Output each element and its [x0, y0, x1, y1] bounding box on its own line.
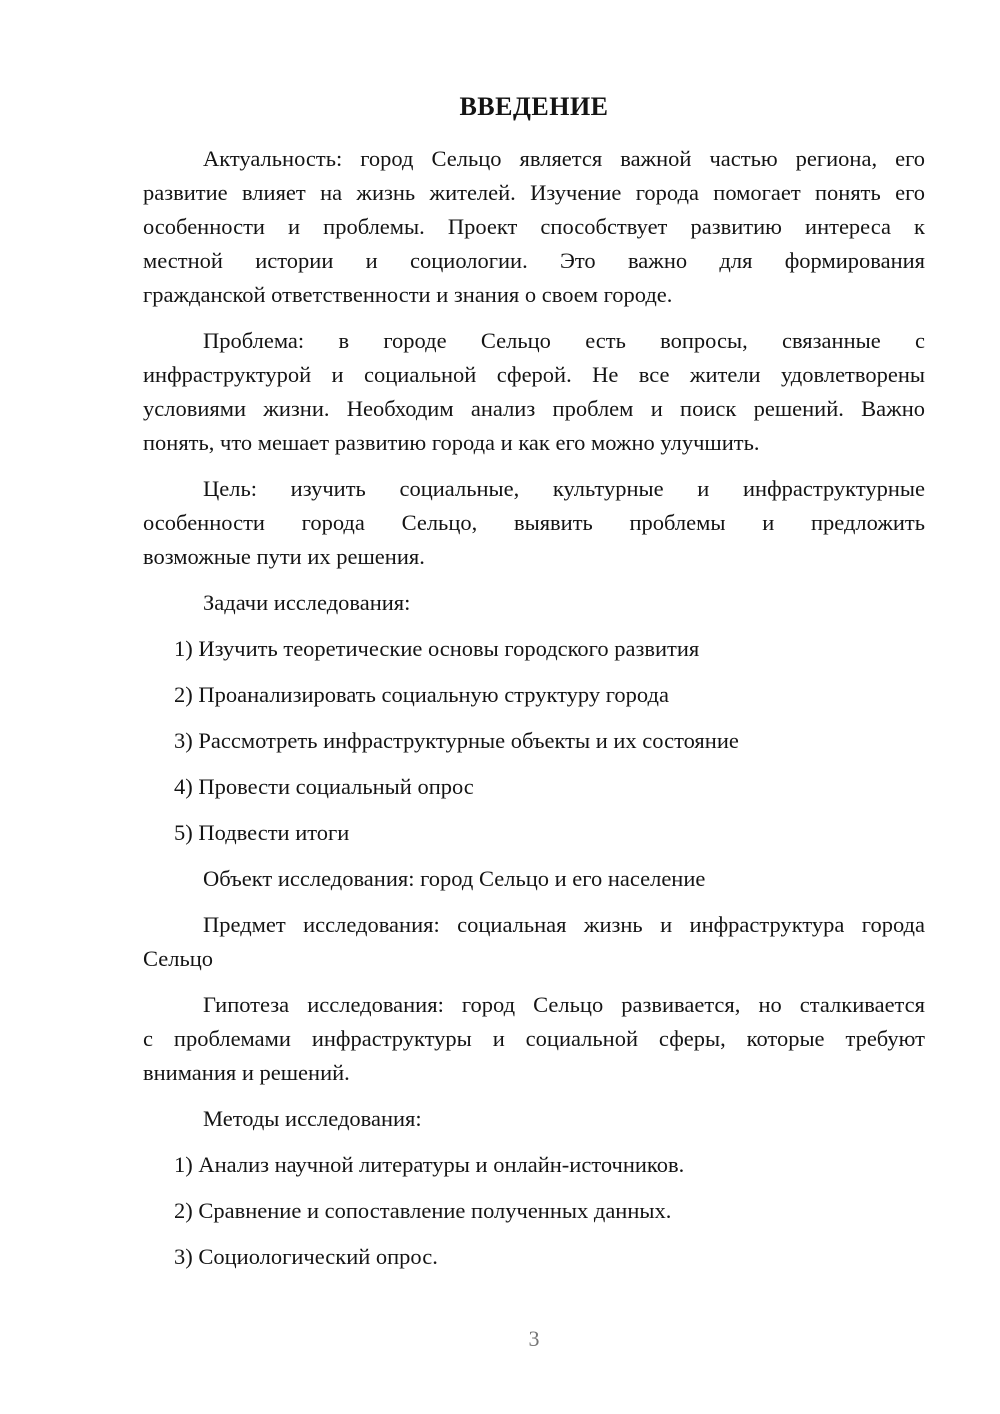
methods-heading: Методы исследования:	[143, 1102, 925, 1136]
text-line: Актуальность: город Сельцо является важн…	[143, 142, 925, 176]
paragraph-hypothesis: Гипотеза исследования: город Сельцо разв…	[143, 988, 925, 1090]
text-line: понять, что мешает развитию города и как…	[143, 426, 925, 460]
methods-list: 1) Анализ научной литературы и онлайн-ис…	[143, 1148, 925, 1274]
paragraph-goal: Цель: изучить социальные, культурные и и…	[143, 472, 925, 574]
document-title: ВВЕДЕНИЕ	[143, 90, 925, 124]
task-item: 1) Изучить теоретические основы городско…	[143, 632, 925, 666]
paragraph-actuality: Актуальность: город Сельцо является важн…	[143, 142, 925, 312]
paragraph-problem: Проблема: в городе Сельцо есть вопросы, …	[143, 324, 925, 460]
text-line: местной истории и социологии. Это важно …	[143, 244, 925, 278]
tasks-list: 1) Изучить теоретические основы городско…	[143, 632, 925, 850]
page-number: 3	[143, 1322, 925, 1356]
task-item: 3) Рассмотреть инфраструктурные объекты …	[143, 724, 925, 758]
task-item: 4) Провести социальный опрос	[143, 770, 925, 804]
method-item: 2) Сравнение и сопоставление полученных …	[143, 1194, 925, 1228]
text-line: гражданской ответственности и знания о с…	[143, 278, 925, 312]
text-line: внимания и решений.	[143, 1056, 925, 1090]
text-line: возможные пути их решения.	[143, 540, 925, 574]
text-line: особенности и проблемы. Проект способств…	[143, 210, 925, 244]
paragraph-object: Объект исследования: город Сельцо и его …	[143, 862, 925, 896]
text-line: развитие влияет на жизнь жителей. Изучен…	[143, 176, 925, 210]
text-line: инфраструктурой и социальной сферой. Не …	[143, 358, 925, 392]
task-item: 5) Подвести итоги	[143, 816, 925, 850]
method-item: 3) Социологический опрос.	[143, 1240, 925, 1274]
method-item: 1) Анализ научной литературы и онлайн-ис…	[143, 1148, 925, 1182]
text-line: Сельцо	[143, 942, 925, 976]
text-line: с проблемами инфраструктуры и социальной…	[143, 1022, 925, 1056]
text-line: Предмет исследования: социальная жизнь и…	[143, 908, 925, 942]
text-line: особенности города Сельцо, выявить пробл…	[143, 506, 925, 540]
tasks-heading: Задачи исследования:	[143, 586, 925, 620]
document-page: ВВЕДЕНИЕ Актуальность: город Сельцо явля…	[0, 0, 1000, 1414]
task-item: 2) Проанализировать социальную структуру…	[143, 678, 925, 712]
text-line: Гипотеза исследования: город Сельцо разв…	[143, 988, 925, 1022]
paragraph-subject: Предмет исследования: социальная жизнь и…	[143, 908, 925, 976]
text-line: Проблема: в городе Сельцо есть вопросы, …	[143, 324, 925, 358]
text-line: условиями жизни. Необходим анализ пробле…	[143, 392, 925, 426]
text-line: Цель: изучить социальные, культурные и и…	[143, 472, 925, 506]
